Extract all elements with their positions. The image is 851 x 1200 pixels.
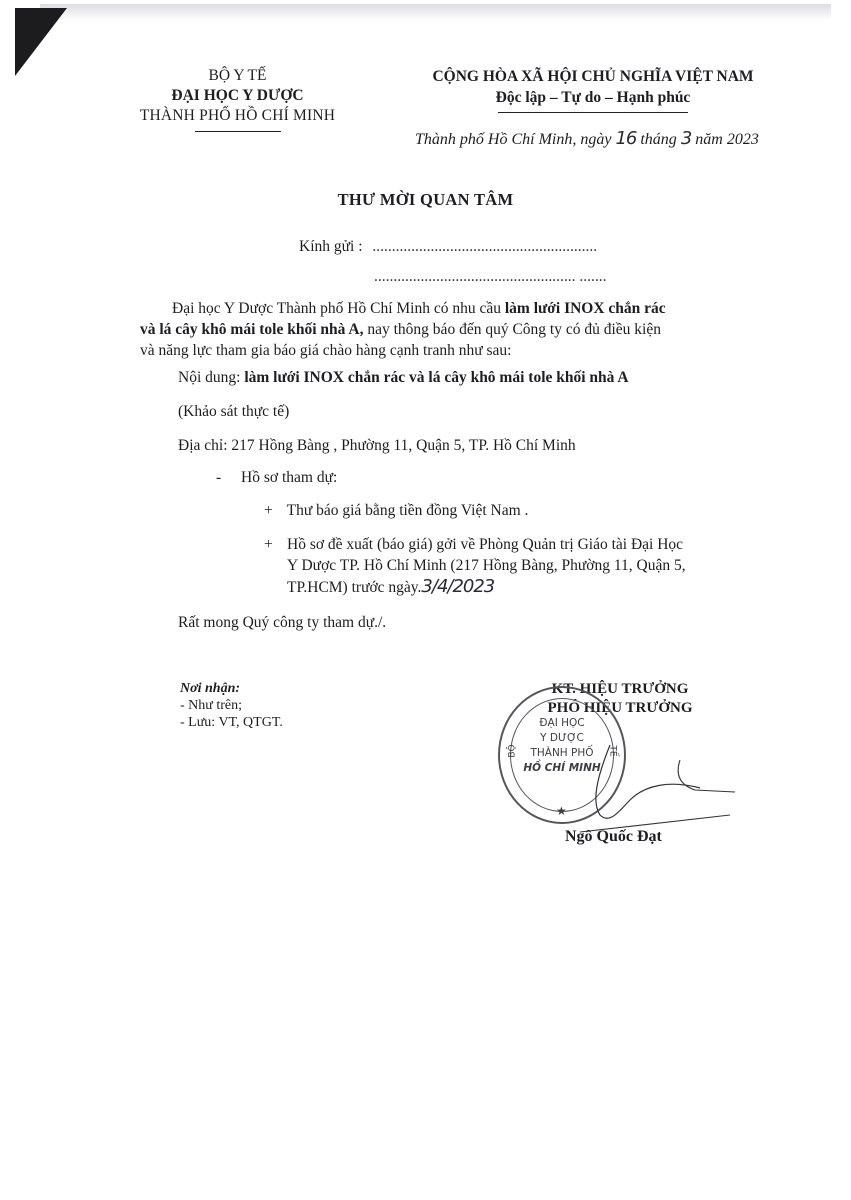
ministry-name: BỘ Y TẾ bbox=[120, 66, 355, 86]
content-line: Nội dung: làm lưới INOX chắn rác và lá c… bbox=[178, 367, 629, 388]
salutation-label: Kính gửi : bbox=[299, 238, 363, 255]
recipient-line2: ........................................… bbox=[374, 266, 607, 287]
motto-underline bbox=[498, 112, 688, 113]
dossier-item-2: + Hồ sơ đề xuất (báo giá) gởi về Phòng Q… bbox=[264, 534, 686, 598]
signatory-name: Ngô Quốc Đạt bbox=[565, 828, 662, 846]
recipient-item: - Như trên; bbox=[180, 697, 283, 714]
issuer-header: BỘ Y TẾ ĐẠI HỌC Y DƯỢC THÀNH PHỐ HỒ CHÍ … bbox=[120, 66, 355, 132]
document-title: THƯ MỜI QUAN TÂM bbox=[0, 190, 851, 210]
dossier-item-1: + Thư báo giá bằng tiền đồng Việt Nam . bbox=[264, 500, 528, 521]
date-line: Thành phố Hồ Chí Minh, ngày 16 tháng 3 n… bbox=[415, 128, 759, 149]
university-name-line2: THÀNH PHỐ HỒ CHÍ MINH bbox=[120, 106, 355, 126]
university-name-line1: ĐẠI HỌC Y DƯỢC bbox=[120, 86, 355, 106]
scan-shadow bbox=[40, 4, 831, 20]
salutation: Kính gửi : .............................… bbox=[299, 236, 597, 257]
handwritten-month: 3 bbox=[681, 128, 691, 149]
intro-paragraph: Đại học Y Dược Thành phố Hồ Chí Minh có … bbox=[140, 298, 780, 361]
address-line: Địa chỉ: 217 Hồng Bàng , Phường 11, Quận… bbox=[178, 435, 576, 456]
closing-line: Rất mong Quý công ty tham dự./. bbox=[178, 612, 386, 633]
dossier-heading: - Hồ sơ tham dự: bbox=[216, 467, 337, 488]
recipients-block: Nơi nhận: - Như trên; - Lưu: VT, QTGT. bbox=[180, 680, 283, 731]
national-header: CỘNG HÒA XÃ HỘI CHỦ NGHĨA VIỆT NAM Độc l… bbox=[388, 66, 798, 113]
survey-note: (Khảo sát thực tế) bbox=[178, 401, 289, 422]
recipient-line1: ........................................… bbox=[372, 238, 597, 255]
recipient-item: - Lưu: VT, QTGT. bbox=[180, 714, 283, 731]
scan-corner-mark bbox=[15, 8, 67, 76]
recipients-label: Nơi nhận: bbox=[180, 680, 283, 697]
national-motto: Độc lập – Tự do – Hạnh phúc bbox=[388, 87, 798, 108]
handwritten-deadline: 3/4/2023 bbox=[421, 576, 494, 597]
issuer-underline bbox=[195, 131, 281, 132]
handwritten-day: 16 bbox=[615, 128, 636, 149]
handwritten-signature bbox=[560, 740, 740, 840]
nation-name: CỘNG HÒA XÃ HỘI CHỦ NGHĨA VIỆT NAM bbox=[388, 66, 798, 87]
